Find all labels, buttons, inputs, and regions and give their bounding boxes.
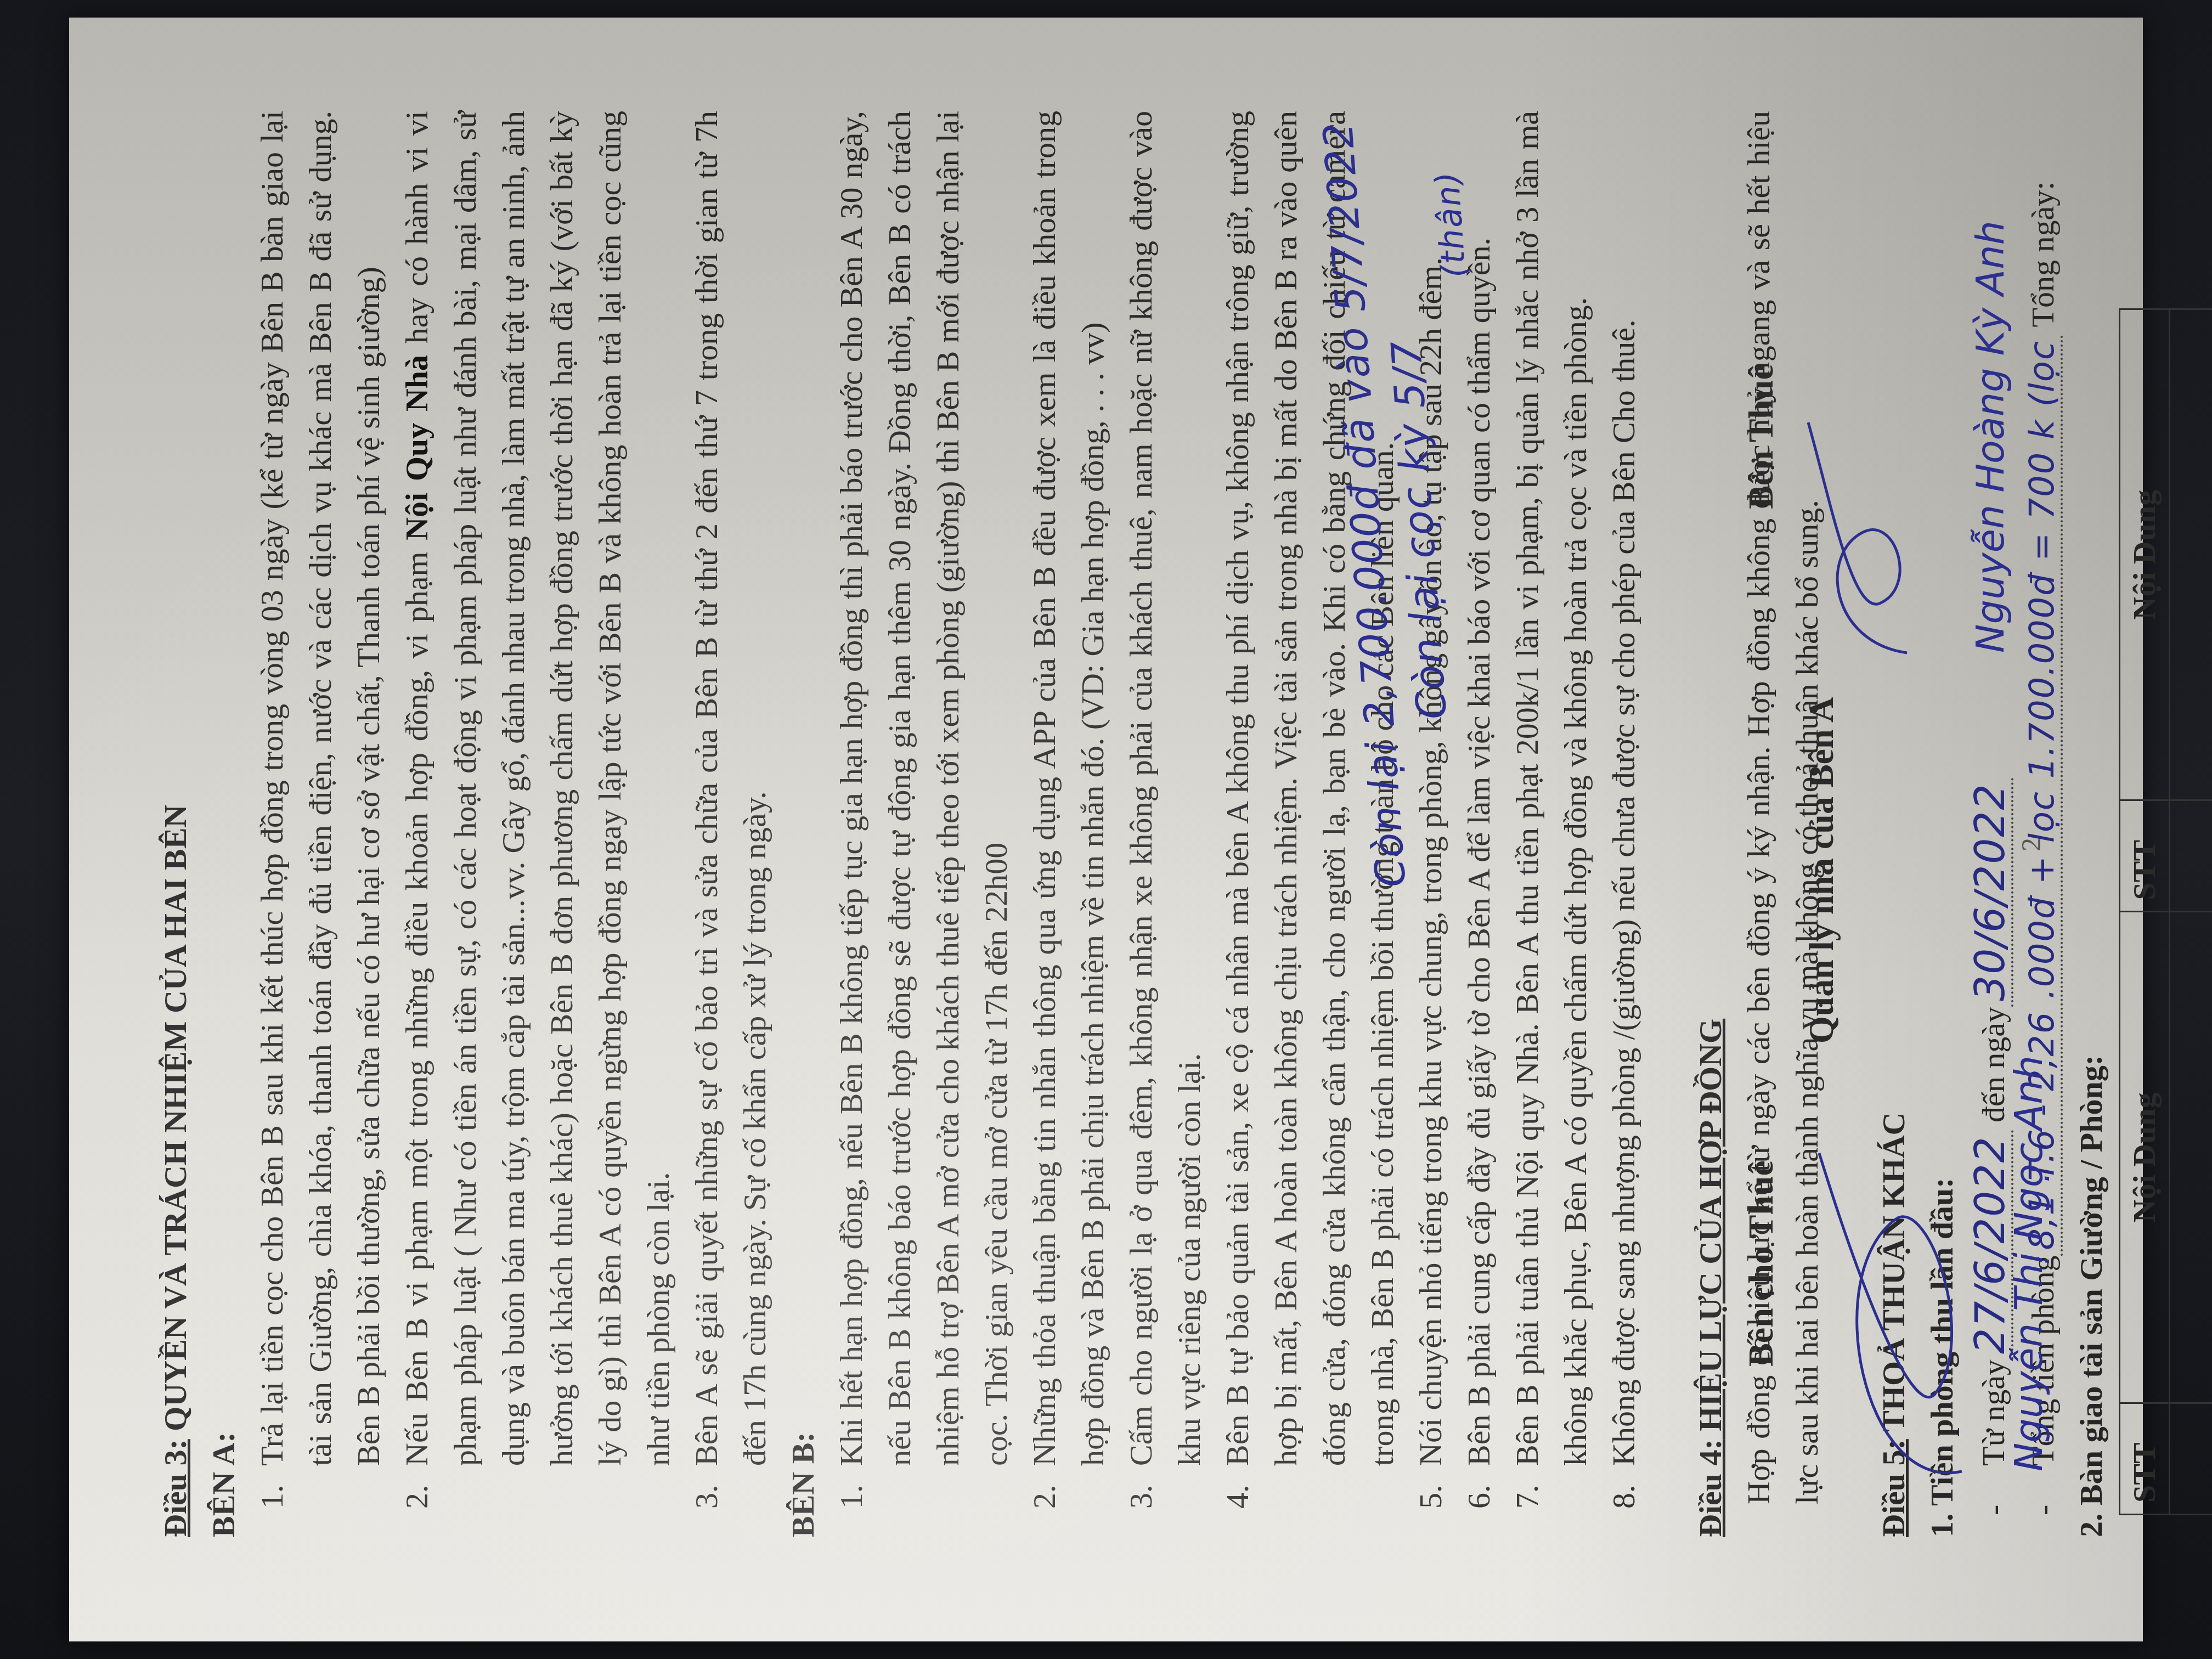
lessee-title: Bên Thuê bbox=[1737, 221, 1785, 653]
article-4-title: HIỆU LỰC CỦA HỢP ĐỒNG bbox=[1692, 1019, 1728, 1439]
col-stt-2: STT bbox=[2120, 800, 2170, 912]
table-cell bbox=[2170, 1403, 2212, 1515]
lessor-title: Bên cho Thuê bbox=[1737, 1056, 1785, 1471]
party-a-heading: BÊN A: bbox=[200, 111, 248, 1537]
lessor-name: Nguyễn Thị Ngọc Anh bbox=[2005, 1056, 2053, 1471]
party-b-items: Khi hết hạn hợp đồng, nếu Bên B không ti… bbox=[827, 111, 1648, 1537]
col-stt-1: STT bbox=[2120, 1403, 2170, 1515]
party-b-clause: Khi hết hạn hợp đồng, nếu Bên B không ti… bbox=[827, 111, 1020, 1477]
col-content-2: Nội Dung bbox=[2120, 309, 2170, 801]
party-a-clause: Bên A sẽ giải quyết những sự cố bảo trì … bbox=[682, 111, 779, 1477]
party-b-clause: Bên B phải tuân thủ Nội quy Nhà. Bên A t… bbox=[1503, 111, 1600, 1477]
party-a-items: Trả lại tiền cọc cho Bên B sau khi kết t… bbox=[248, 111, 779, 1537]
assets-table: STT Nội Dung STT Nội Dung bbox=[2119, 308, 2212, 1515]
contract-page: Điều 3: QUYỀN VÀ TRÁCH NHIỆM CỦA HAI BÊN… bbox=[69, 18, 2143, 1641]
party-b-heading: BÊN B: bbox=[779, 111, 827, 1537]
lessor-signature-scrawl bbox=[1797, 1120, 1995, 1504]
signature-block: Bên cho Thuê Nguyễn Thị Ngọc Anh Quản lý… bbox=[1737, 111, 2121, 1537]
table-row bbox=[2170, 309, 2212, 1515]
article-3-title: QUYỀN VÀ TRÁCH NHIỆM CỦA HAI BÊN bbox=[157, 805, 193, 1439]
article-3-label: Điều 3: bbox=[157, 1439, 193, 1537]
manager-title: Quản lý nhà của Bên A bbox=[1797, 697, 1846, 1043]
lessee-signature: Bên Thuê Nguyễn Hoàng Kỳ Anh bbox=[1737, 221, 2015, 653]
col-content-1: Nội Dung bbox=[2120, 912, 2170, 1403]
table-cell bbox=[2170, 800, 2212, 912]
manager-signature: Quản lý nhà của Bên A bbox=[1797, 697, 1846, 1043]
lessee-signature-scrawl bbox=[1797, 400, 1940, 675]
table-cell bbox=[2170, 912, 2212, 1403]
party-b-clause: Cấm cho người lạ ở qua đêm, không nhận x… bbox=[1117, 111, 1214, 1477]
lessor-signature: Bên cho Thuê Nguyễn Thị Ngọc Anh bbox=[1737, 1056, 2053, 1471]
table-cell bbox=[2170, 309, 2212, 801]
page-number: 2 bbox=[2007, 838, 2055, 851]
article-4-heading: Điều 4: HIỆU LỰC CỦA HỢP ĐỒNG bbox=[1686, 111, 1735, 1537]
article-4-label: Điều 4: bbox=[1692, 1439, 1728, 1537]
party-a-clause: Trả lại tiền cọc cho Bên B sau khi kết t… bbox=[248, 111, 393, 1477]
party-a-clause: Nếu Bên B vi phạm một trong những điều k… bbox=[393, 111, 682, 1477]
party-b-clause: Không được sang nhượng phòng /(giường) n… bbox=[1600, 111, 1648, 1477]
lessee-name: Nguyễn Hoàng Kỳ Anh bbox=[1966, 221, 2015, 653]
party-b-clause: Những thỏa thuận bằng tin nhắn thông qua… bbox=[1020, 111, 1117, 1477]
article-3-heading: Điều 3: QUYỀN VÀ TRÁCH NHIỆM CỦA HAI BÊN bbox=[151, 111, 200, 1537]
